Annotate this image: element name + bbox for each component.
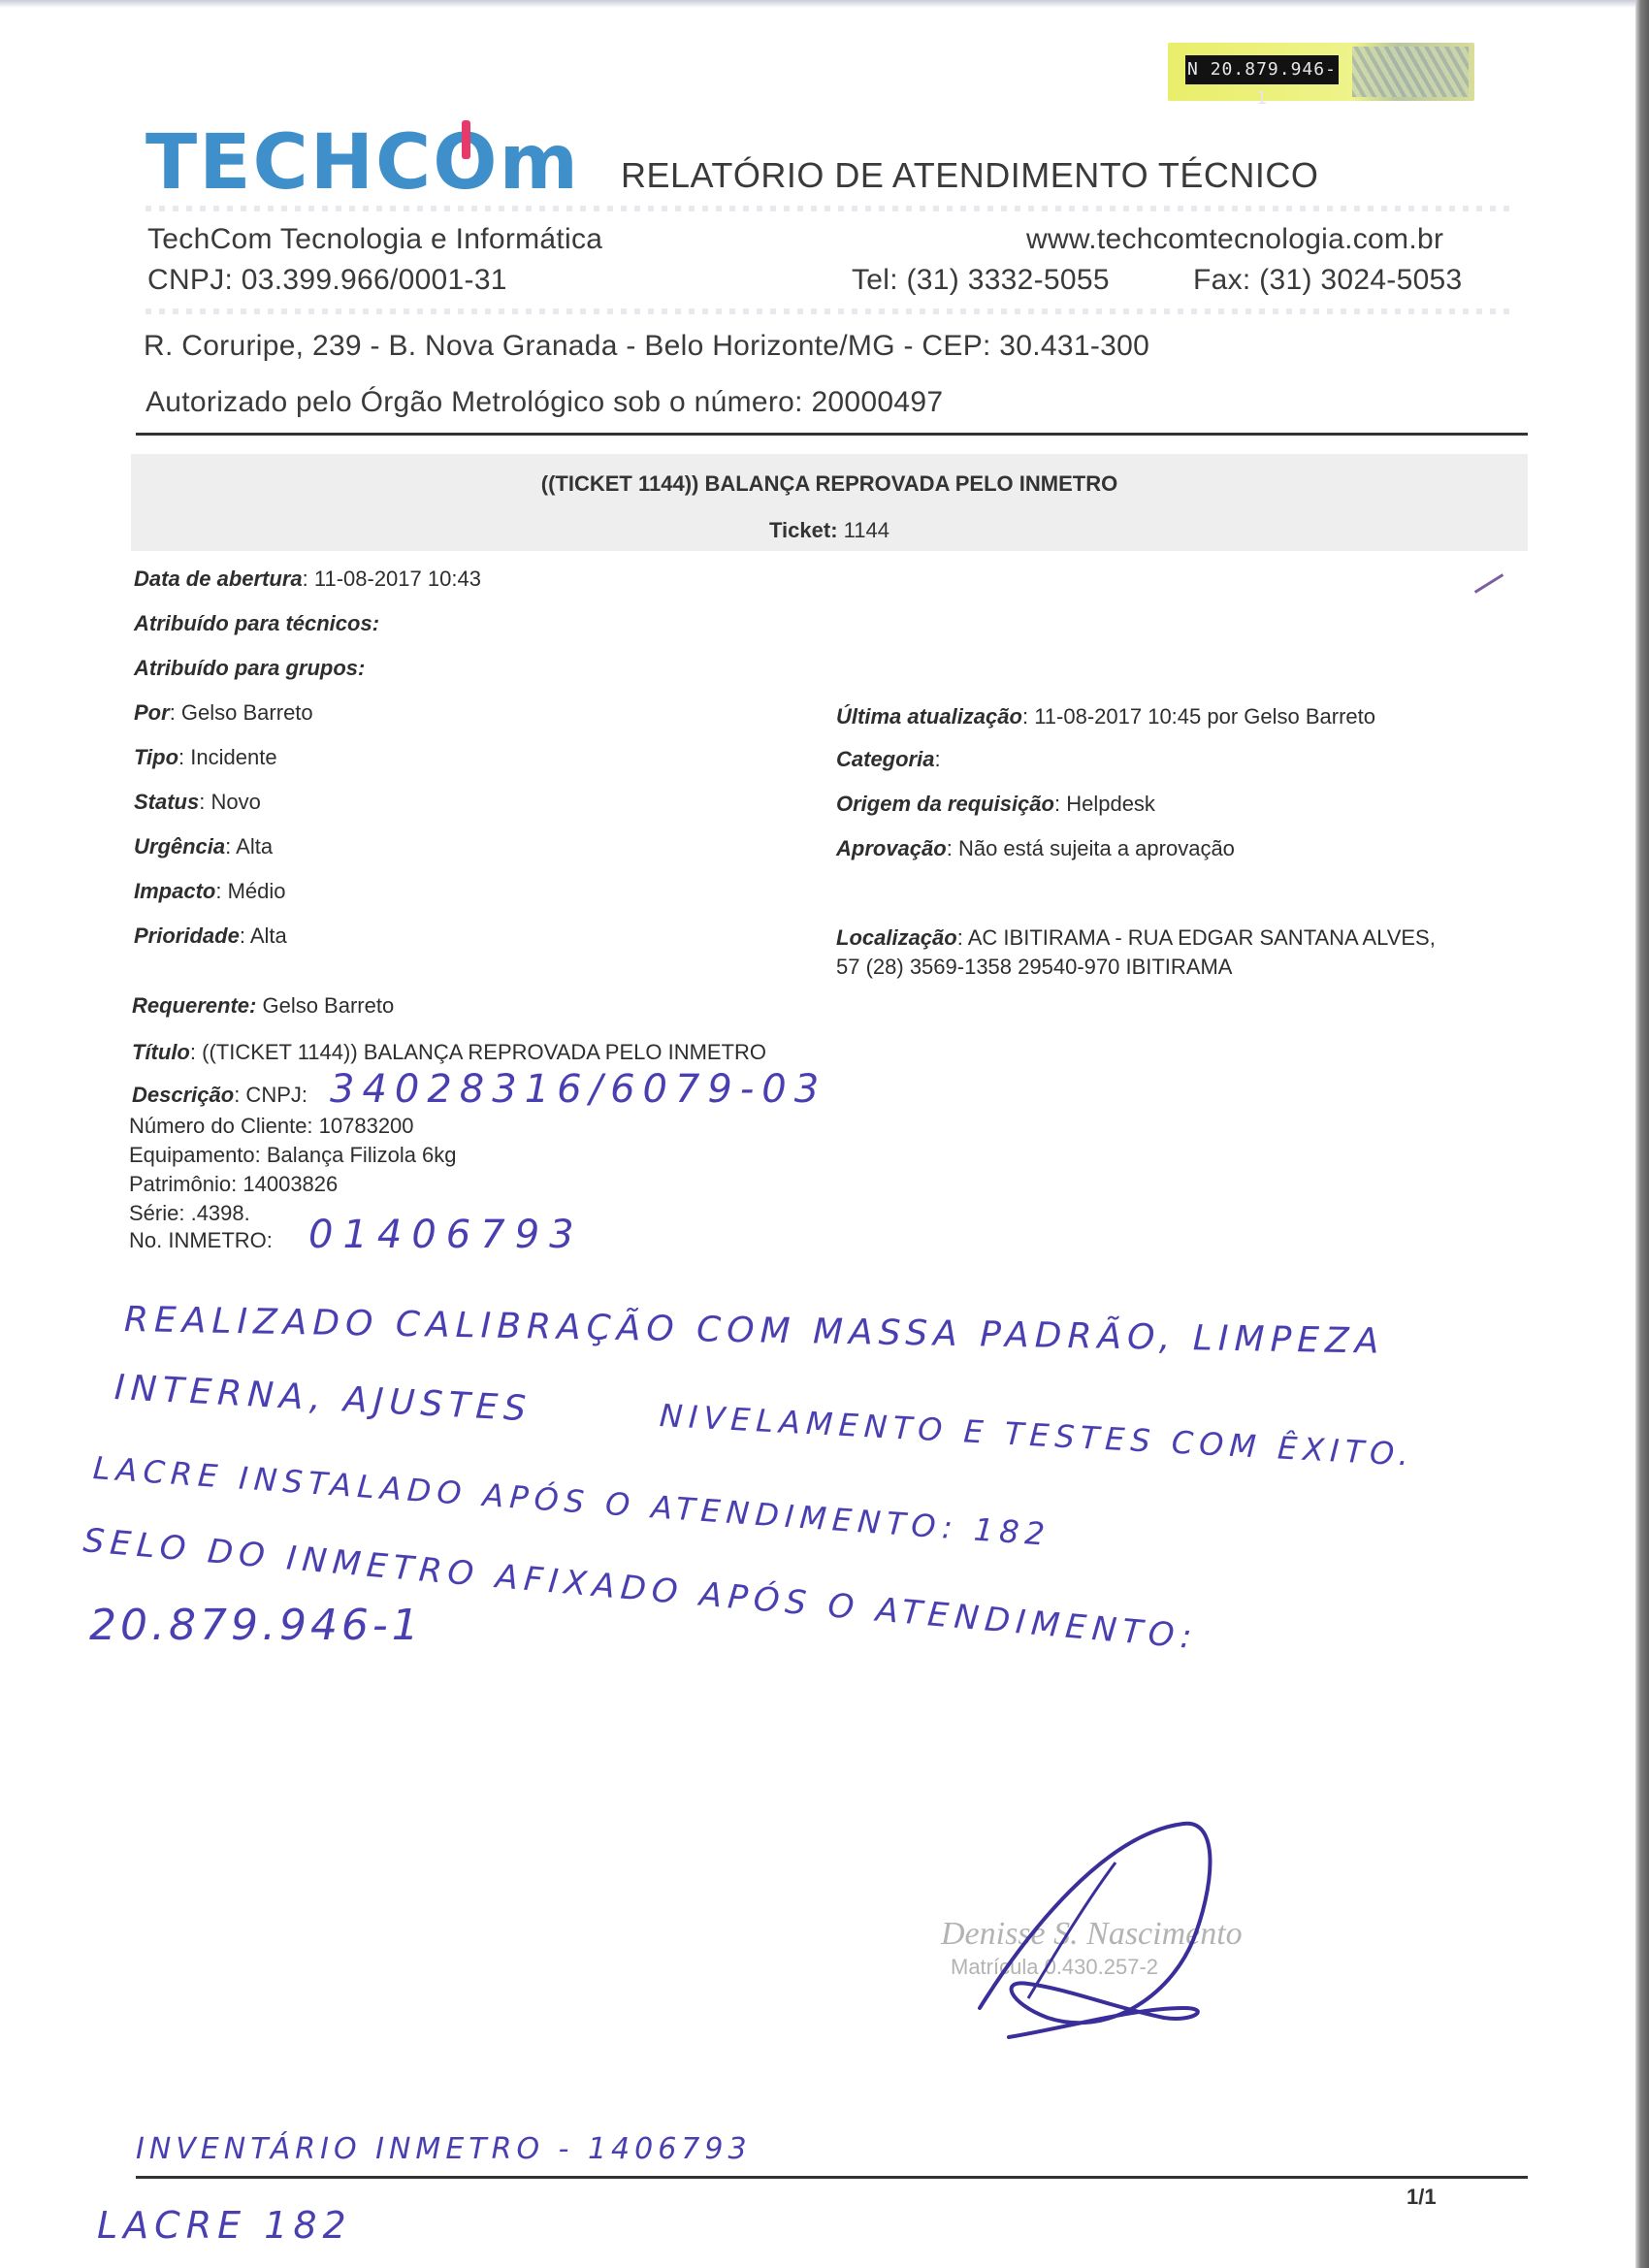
header-divider [136,433,1528,436]
handwritten-note-line: INTERNA, AJUSTES [113,1368,533,1429]
ticket-number: 1144 [844,518,889,542]
description-line: Equipamento: Balança Filizola 6kg [129,1143,457,1168]
field-left-row: Prioridade: Alta [134,923,287,949]
field-location: Localização: AC IBITIRAMA - RUA EDGAR SA… [836,925,1436,951]
field-location-line2: 57 (28) 3569-1358 29540-970 IBITIRAMA [836,955,1232,980]
field-left-row: Urgência: Alta [134,834,273,859]
page-number: 1/1 [1406,2185,1437,2210]
pen-mark [1474,573,1503,594]
field-right-row: Categoria: [836,747,941,772]
field-right-row: Última atualização: 11-08-2017 10:45 por… [836,704,1375,729]
ticket-heading-band: ((TICKET 1144)) BALANÇA REPROVADA PELO I… [131,454,1528,551]
noise-band [145,308,1513,314]
handwritten-seal-footer: LACRE 182 [97,2204,352,2247]
power-bar-icon [462,120,470,159]
description-line: Patrimônio: 14003826 [129,1172,338,1197]
description-line: Série: .4398. [129,1201,250,1226]
field-left-row: Data de abertura: 11-08-2017 10:43 [134,567,481,592]
field-right-row: Aprovação: Não está sujeita a aprovação [836,836,1235,861]
field-requester: Requerente: Gelso Barreto [132,993,394,1019]
footer-divider [136,2176,1528,2179]
ticket-heading: ((TICKET 1144)) BALANÇA REPROVADA PELO I… [131,471,1528,497]
field-left-row: Tipo: Incidente [134,745,277,770]
scan-edge-top [0,0,1639,8]
handwritten-note-line: NIVELAMENTO E TESTES COM ÊXITO. [659,1397,1415,1474]
ticket-number-line: Ticket: 1144 [131,518,1528,543]
field-title: Título: ((TICKET 1144)) BALANÇA REPROVAD… [132,1040,766,1065]
handwritten-inmetro-number: 01406793 [308,1213,584,1257]
field-left-row: Atribuído para técnicos: [134,611,379,636]
handwritten-note-line: REALIZADO CALIBRAÇÃO COM MASSA PADRÃO, L… [124,1300,1385,1362]
field-left-row: Status: Novo [134,790,261,815]
signature-icon [970,1814,1261,2047]
company-cnpj: CNPJ: 03.399.966/0001-31 [147,264,507,297]
scan-edge-right [1635,0,1649,2268]
logo-text-left: TECHC [145,119,433,207]
company-address: R. Coruripe, 239 - B. Nova Granada - Bel… [144,330,1149,363]
seal-hologram-icon [1352,47,1469,97]
company-fax: Fax: (31) 3024-5053 [1193,264,1463,297]
handwritten-seal-number: 20.879.946-1 [89,1601,423,1650]
report-title: RELATÓRIO DE ATENDIMENTO TÉCNICO [621,155,1318,196]
field-left-row: Atribuído para grupos: [134,656,365,681]
description-line: Número do Cliente: 10783200 [129,1114,414,1139]
field-left-row: Por: Gelso Barreto [134,700,313,726]
field-description: Descrição: CNPJ: [132,1083,307,1108]
seal-number: N 20.879.946-1 [1185,55,1339,84]
handwritten-cnpj: 34028316/6079-03 [330,1067,826,1112]
power-icon: O [433,124,499,202]
company-name: TechCom Tecnologia e Informática [147,223,602,256]
inmetro-seal-sticker: N 20.879.946-1 [1168,43,1474,101]
company-website: www.techcomtecnologia.com.br [1026,223,1443,256]
techcom-logo: TECHCOm [145,124,580,202]
authorization-line: Autorizado pelo Órgão Metrológico sob o … [145,386,943,419]
logo-text-right: m [500,119,580,207]
handwritten-inventory: INVENTÁRIO INMETRO - 1406793 [136,2132,752,2166]
field-left-row: Impacto: Médio [134,879,286,904]
company-tel: Tel: (31) 3332-5055 [852,264,1110,297]
inmetro-label: No. INMETRO: [129,1228,273,1253]
field-right-row: Origem da requisição: Helpdesk [836,792,1155,817]
noise-band [145,206,1513,211]
